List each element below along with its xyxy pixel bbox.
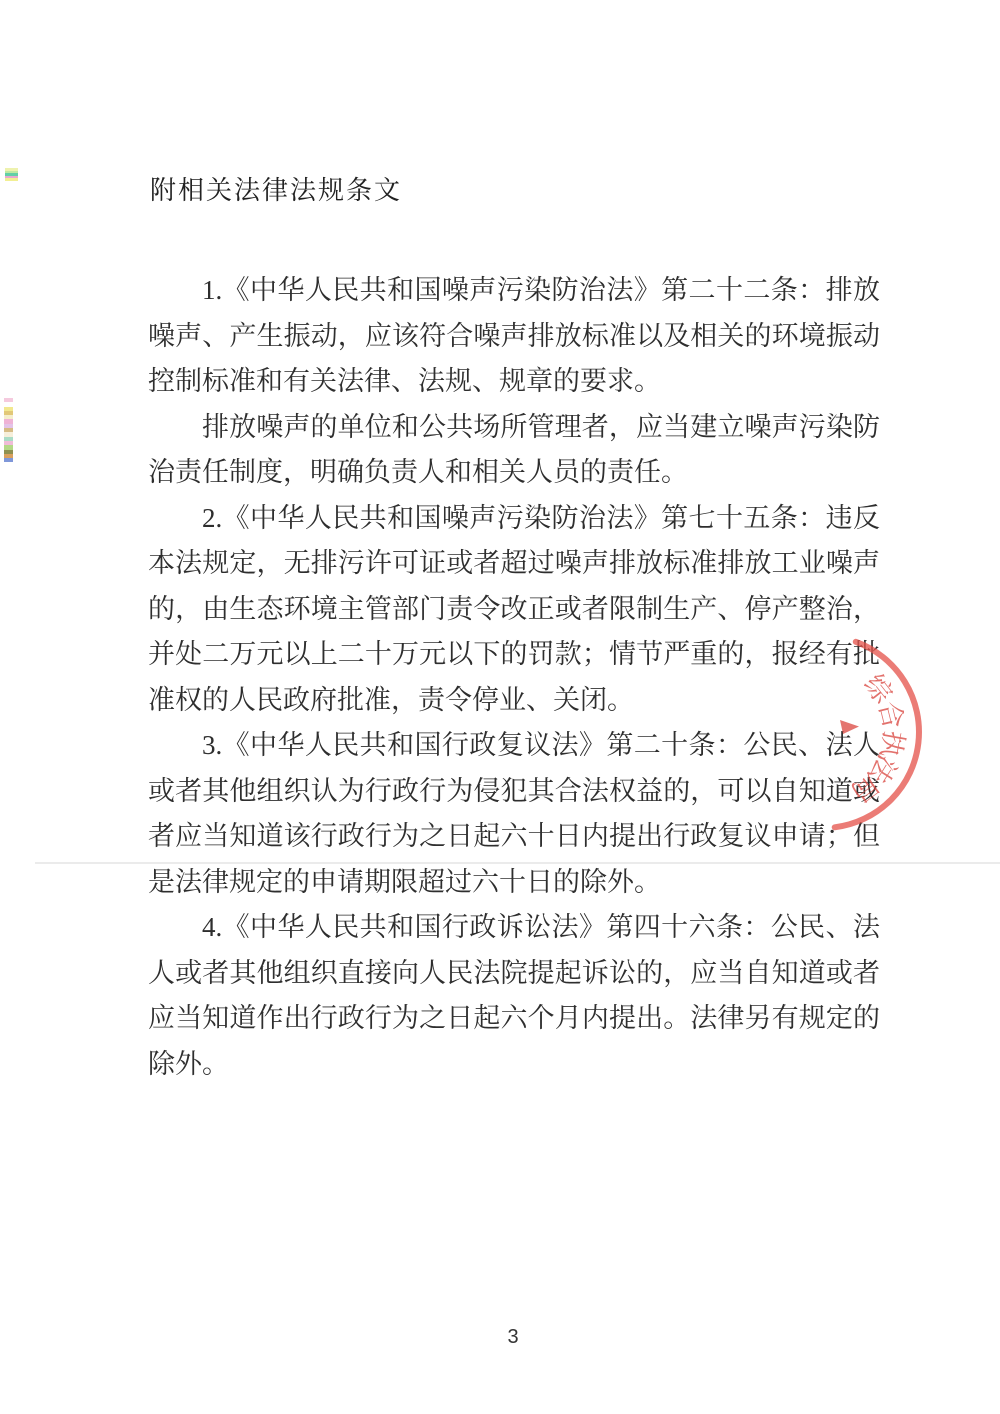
text-line: 本法规定，无排污许可证或者超过噪声排放标准排放工业噪声 [148, 541, 880, 587]
text-line: 排放噪声的单位和公共场所管理者，应当建立噪声污染防 [148, 405, 880, 451]
paragraph-law-1-cont: 排放噪声的单位和公共场所管理者，应当建立噪声污染防 治责任制度，明确负责人和相关… [148, 405, 880, 496]
text-line: 控制标准和有关法律、法规、规章的要求。 [148, 359, 880, 405]
paragraph-law-3: 3.《中华人民共和国行政复议法》第二十条：公民、法人 或者其他组织认为行政行为侵… [148, 723, 880, 905]
text-line: 准权的人民政府批准，责令停业、关闭。 [148, 678, 880, 724]
text-line: 3.《中华人民共和国行政复议法》第二十条：公民、法人 [148, 723, 880, 769]
document-heading: 附相关法律法规条文 [150, 176, 402, 206]
text-line: 4.《中华人民共和国行政诉讼法》第四十六条：公民、法 [148, 905, 880, 951]
color-artifact-left [4, 398, 13, 462]
text-line: 并处二万元以上二十万元以下的罚款；情节严重的，报经有批 [148, 632, 880, 678]
text-line: 是法律规定的申请期限超过六十日的除外。 [148, 860, 880, 906]
text-line: 噪声、产生振动，应该符合噪声排放标准以及相关的环境振动 [148, 314, 880, 360]
paragraph-law-1: 1.《中华人民共和国噪声污染防治法》第二十二条：排放 噪声、产生振动，应该符合噪… [148, 268, 880, 405]
text-line: 的，由生态环境主管部门责令改正或者限制生产、停产整治， [148, 587, 880, 633]
text-line: 应当知道作出行政行为之日起六个月内提出。法律另有规定的 [148, 996, 880, 1042]
text-line: 或者其他组织认为行政行为侵犯其合法权益的，可以自知道或 [148, 769, 880, 815]
text-line: 人或者其他组织直接向人民法院提起诉讼的，应当自知道或者 [148, 951, 880, 997]
paragraph-law-2: 2.《中华人民共和国噪声污染防治法》第七十五条：违反 本法规定，无排污许可证或者… [148, 496, 880, 724]
text-line: 2.《中华人民共和国噪声污染防治法》第七十五条：违反 [148, 496, 880, 542]
document-body: 1.《中华人民共和国噪声污染防治法》第二十二条：排放 噪声、产生振动，应该符合噪… [148, 268, 880, 1087]
scanned-document-page: { "document": { "heading": "附相关法律法规条文", … [0, 0, 1000, 1414]
color-artifact-top [5, 168, 18, 181]
paragraph-law-4: 4.《中华人民共和国行政诉讼法》第四十六条：公民、法 人或者其他组织直接向人民法… [148, 905, 880, 1087]
text-line: 1.《中华人民共和国噪声污染防治法》第二十二条：排放 [148, 268, 880, 314]
page-background: 附相关法律法规条文 1.《中华人民共和国噪声污染防治法》第二十二条：排放 噪声、… [0, 0, 1000, 1414]
text-line: 治责任制度，明确负责人和相关人员的责任。 [148, 450, 880, 496]
text-line: 者应当知道该行政行为之日起六十日内提出行政复议申请；但 [148, 814, 880, 860]
text-line: 除外。 [148, 1042, 880, 1088]
page-number: 3 [498, 1324, 528, 1350]
